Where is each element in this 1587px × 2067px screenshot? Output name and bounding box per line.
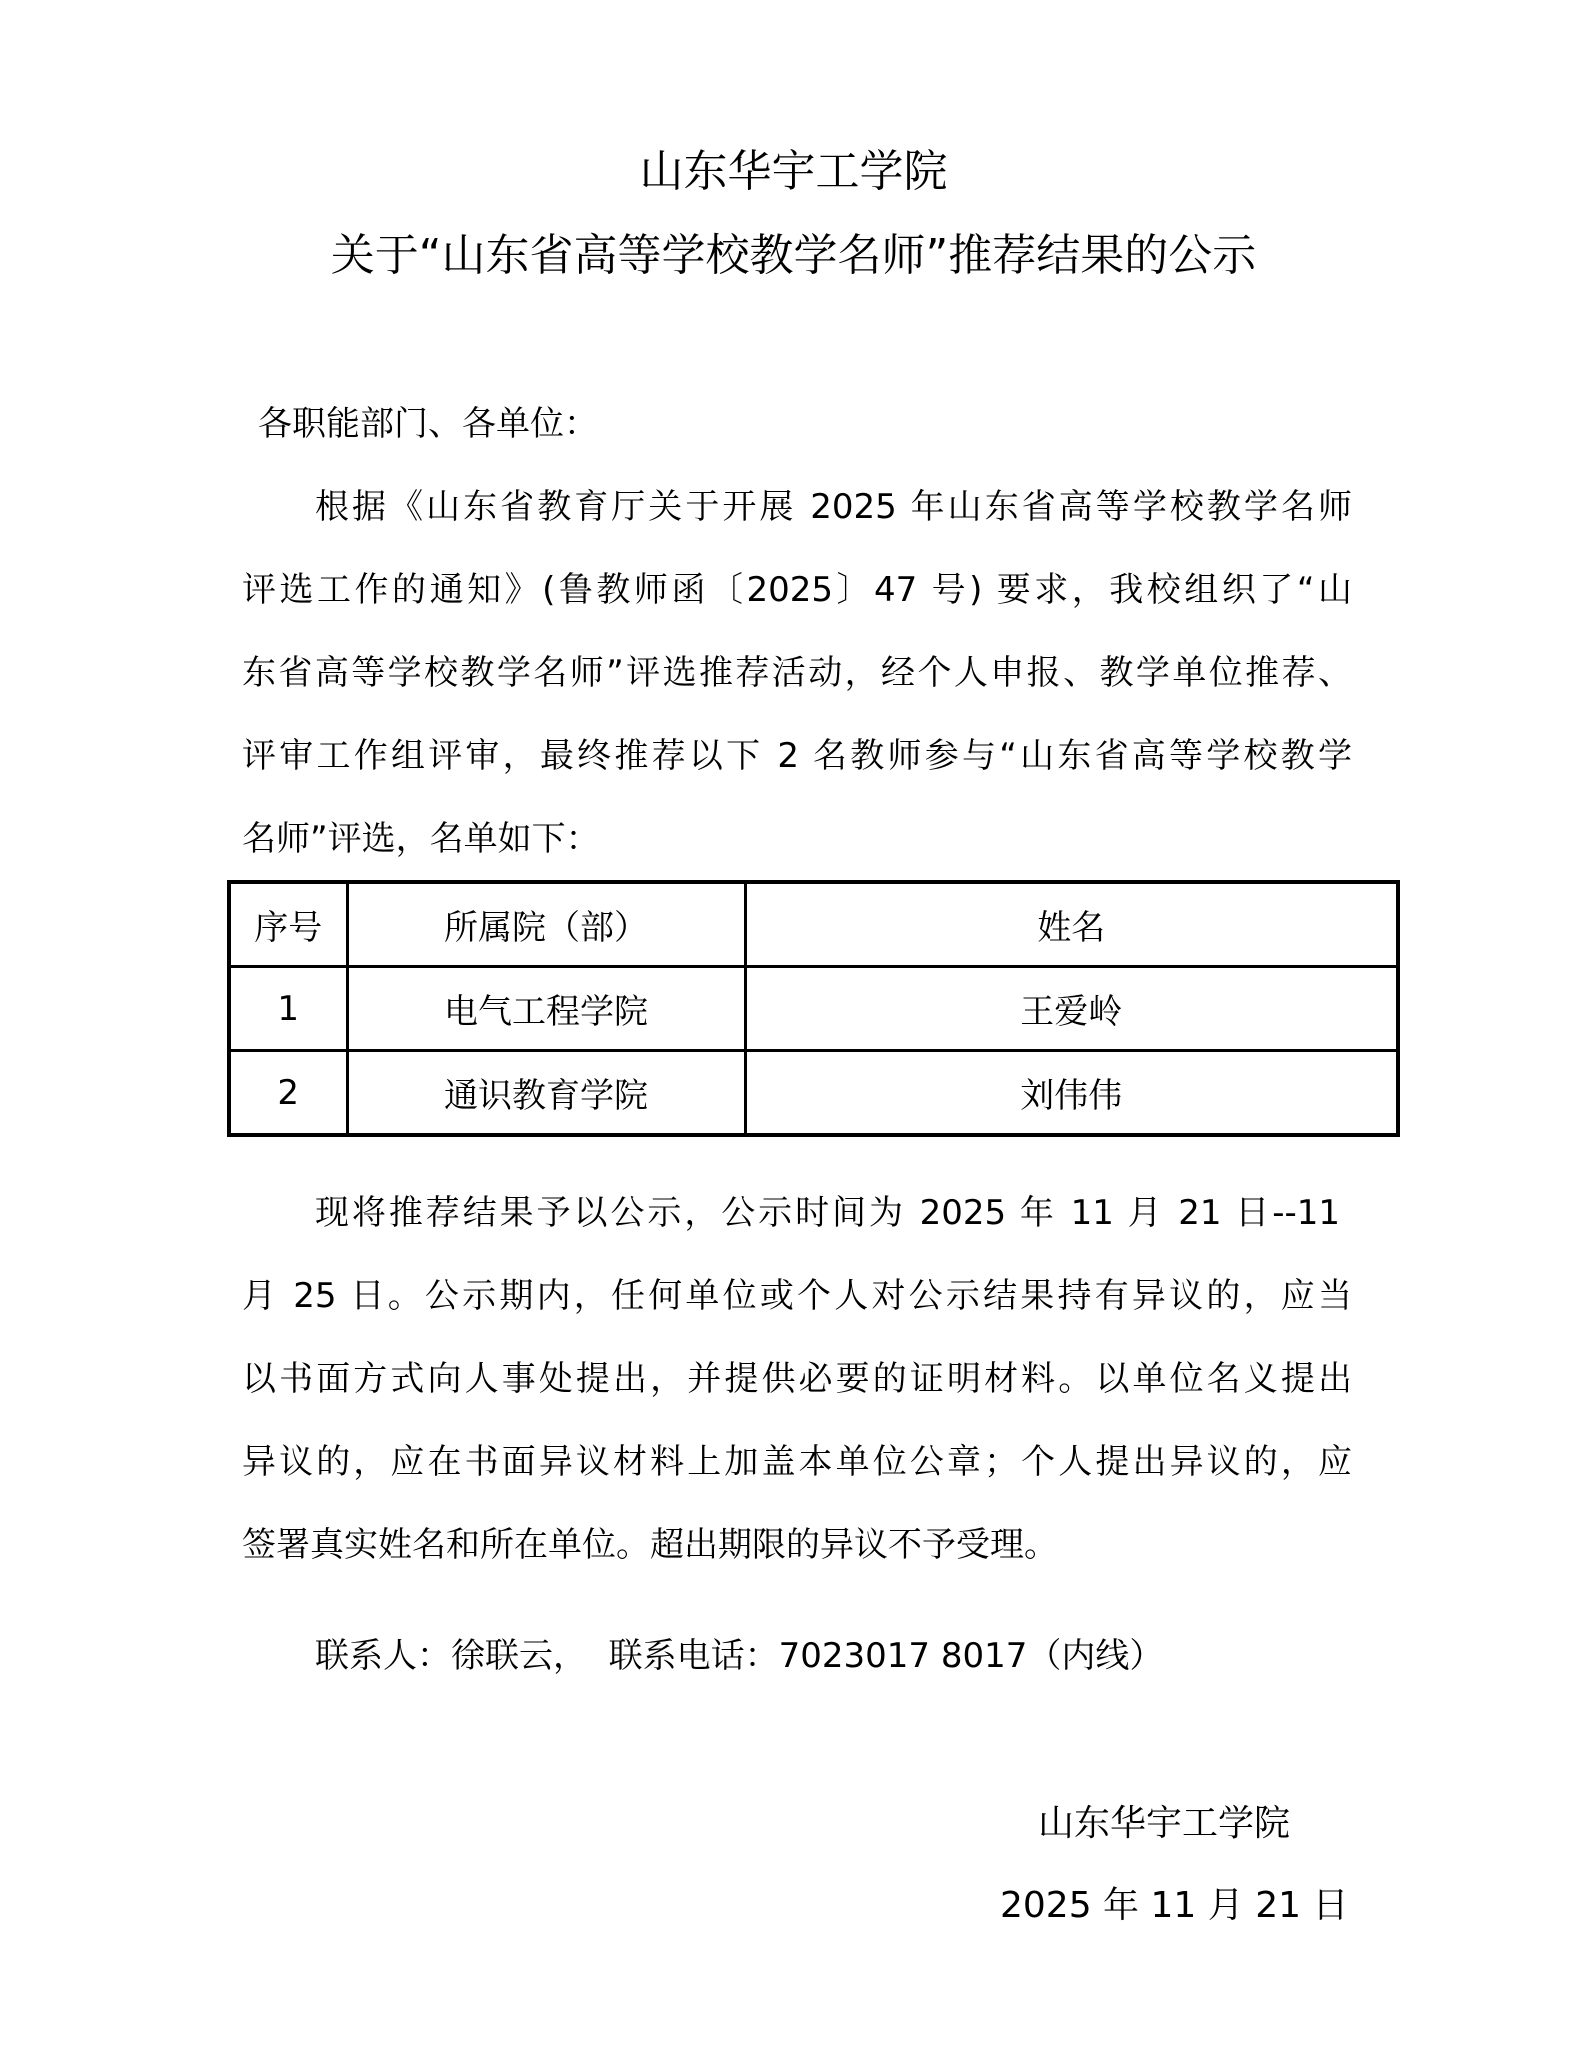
paragraph-line: 评选工作的通知》(鲁教师函〔2025〕47 号) 要求，我校组织了“山 xyxy=(242,568,1352,612)
cell-department: 通识教育学院 xyxy=(347,1051,745,1136)
institution-heading: 山东华宇工学院 xyxy=(0,142,1587,202)
paragraph-line: 根据《山东省教育厅关于开展 2025 年山东省高等学校教学名师 xyxy=(315,485,1352,529)
paragraph-line: 签署真实姓名和所在单位。超出期限的异议不予受理。 xyxy=(242,1523,1058,1567)
document-title: 关于“山东省高等学校教学名师”推荐结果的公示 xyxy=(0,226,1587,286)
paragraph-line: 名师”评选，名单如下： xyxy=(242,817,600,861)
cell-name: 王爱岭 xyxy=(745,967,1398,1051)
cell-index: 2 xyxy=(229,1051,347,1136)
header-cell-index: 序号 xyxy=(229,882,347,967)
cell-name: 刘伟伟 xyxy=(745,1051,1398,1136)
recommendation-table: 序号 所属院（部） 姓名 1 电气工程学院 王爱岭 2 通识教育学院 刘伟伟 xyxy=(227,880,1400,1137)
table-row: 1 电气工程学院 王爱岭 xyxy=(229,967,1398,1051)
paragraph-line: 月 25 日。公示期内，任何单位或个人对公示结果持有异议的，应当 xyxy=(242,1274,1352,1318)
cell-index: 1 xyxy=(229,967,347,1051)
salutation: 各职能部门、各单位： xyxy=(258,402,598,446)
paragraph-line: 现将推荐结果予以公示，公示时间为 2025 年 11 月 21 日--11 xyxy=(315,1191,1340,1235)
signature-date: 2025 年 11 月 21 日 xyxy=(1000,1882,1348,1930)
table-row: 2 通识教育学院 刘伟伟 xyxy=(229,1051,1398,1136)
contact-info: 联系人：徐联云， 联系电话：7023017 8017（内线） xyxy=(315,1634,1163,1678)
paragraph-line: 评审工作组评审，最终推荐以下 2 名教师参与“山东省高等学校教学 xyxy=(242,734,1352,778)
paragraph-line: 东省高等学校教学名师”评选推荐活动，经个人申报、教学单位推荐、 xyxy=(242,651,1352,695)
table-header-row: 序号 所属院（部） 姓名 xyxy=(229,882,1398,967)
signature-institution: 山东华宇工学院 xyxy=(1038,1800,1290,1848)
cell-department: 电气工程学院 xyxy=(347,967,745,1051)
header-cell-department: 所属院（部） xyxy=(347,882,745,967)
paragraph-line: 异议的，应在书面异议材料上加盖本单位公章；个人提出异议的，应 xyxy=(242,1440,1352,1484)
paragraph-line: 以书面方式向人事处提出，并提供必要的证明材料。以单位名义提出 xyxy=(242,1357,1352,1401)
header-cell-name: 姓名 xyxy=(745,882,1398,967)
